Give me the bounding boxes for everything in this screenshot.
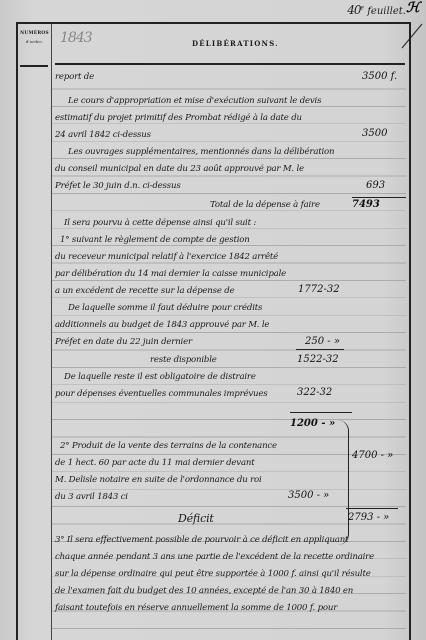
entry-text: Les ouvrages supplémentaires, mentionnés…: [68, 147, 334, 157]
entry-text: Préfet le 30 juin d.n. ci-dessus: [55, 181, 181, 191]
entry-text: De laquelle somme il faut déduire pour c…: [68, 303, 262, 313]
entry-text: chaque année pendant 3 ans une partie de…: [55, 552, 374, 562]
entry-amount: 1772-32: [298, 284, 340, 295]
entry-text: a un excédent de recette sur la dépense …: [55, 286, 234, 296]
entry-text: de l'examen fait du budget des 10 années…: [55, 586, 353, 596]
entry-text: 24 avril 1842 ci-dessus: [55, 130, 151, 140]
column-label-dordre: d'ordre.: [18, 38, 51, 46]
entry-text: du conseil municipal en date du 23 août …: [55, 164, 304, 174]
folio-number: 40: [347, 3, 360, 17]
entry-text: 1° suivant le règlement de compte de ges…: [60, 235, 250, 245]
entry-text: Il sera pourvu à cette dépense ainsi qu'…: [64, 218, 256, 228]
entry-text: de 1 hect. 60 par acte du 11 mai dernier…: [55, 458, 254, 468]
entry-text: 2° Produit de la vente des terrains de l…: [60, 441, 277, 451]
ledger-page: 40e feuillet. ℋ NUMÉROS d'ordre. 1843 DÉ…: [0, 0, 426, 640]
entry-amount: 250 - »: [305, 336, 340, 347]
entry-amount: 1200 - »: [290, 418, 335, 429]
order-number-column-header: NUMÉROS d'ordre.: [18, 30, 51, 46]
entry-text: Le cours d'appropriation et mise d'exécu…: [68, 96, 321, 106]
subtotal-rule: [290, 412, 352, 413]
folio-suffix: e: [360, 5, 364, 12]
subtotal-rule: [296, 349, 344, 350]
header-divider: [55, 63, 405, 65]
deficit-label: Déficit: [178, 512, 214, 525]
entry-text: du 3 avril 1843 ci: [55, 492, 128, 502]
entry-amount: 322-32: [297, 387, 332, 398]
folio-label: 40e feuillet.: [347, 3, 406, 17]
entry-text: reste disponible: [150, 355, 217, 365]
page-title: DÉLIBÉRATIONS.: [192, 39, 279, 48]
entry-amount: 3500: [362, 128, 387, 139]
entry-text: report de: [55, 72, 94, 82]
entry-text: sur la dépense ordinaire qui peut être s…: [55, 569, 371, 579]
entry-amount: 3500 - »: [288, 490, 329, 501]
entry-text: De laquelle reste il est obligatoire de …: [64, 372, 256, 382]
entry-amount: 3500 f.: [362, 71, 397, 82]
deficit-amount: 2793 - »: [348, 512, 389, 523]
order-number: 1843: [60, 30, 92, 46]
entry-text: pour dépenses éventuelles communales imp…: [55, 389, 268, 399]
bracket-total-amount: 4700 - »: [352, 450, 393, 461]
entry-text: M. Delisle notaire en suite de l'ordonna…: [55, 475, 262, 485]
entry-text: additionnels au budget de 1843 approuvé …: [55, 320, 269, 330]
entry-text: estimatif du projet primitif des Prombat…: [55, 113, 302, 123]
entry-text: Total de la dépense à faire: [210, 200, 320, 210]
bracket: [338, 420, 349, 545]
entry-text: 3° Il sera effectivement possible de pou…: [55, 535, 348, 545]
total-expense-amount: 7493: [352, 199, 380, 210]
entry-text: du receveur municipal relatif à l'exerci…: [55, 252, 278, 262]
entry-amount: 693: [366, 180, 385, 191]
entry-text: Préfet en date du 22 juin dernier: [55, 337, 192, 347]
subtotal-rule: [346, 508, 398, 509]
subtotal-rule: [352, 197, 406, 198]
entry-text: faisant toutefois en réserve annuellemen…: [55, 603, 337, 613]
header-divider-left: [20, 65, 48, 67]
entry-text: par délibération du 14 mai dernier la ca…: [55, 269, 286, 279]
available-amount: 1522-32: [297, 354, 339, 365]
order-number-column: [16, 24, 52, 640]
column-label-numeros: NUMÉROS: [18, 30, 51, 38]
folio-text: feuillet.: [367, 6, 406, 17]
folio-handwritten-mark: ℋ: [406, 0, 424, 18]
